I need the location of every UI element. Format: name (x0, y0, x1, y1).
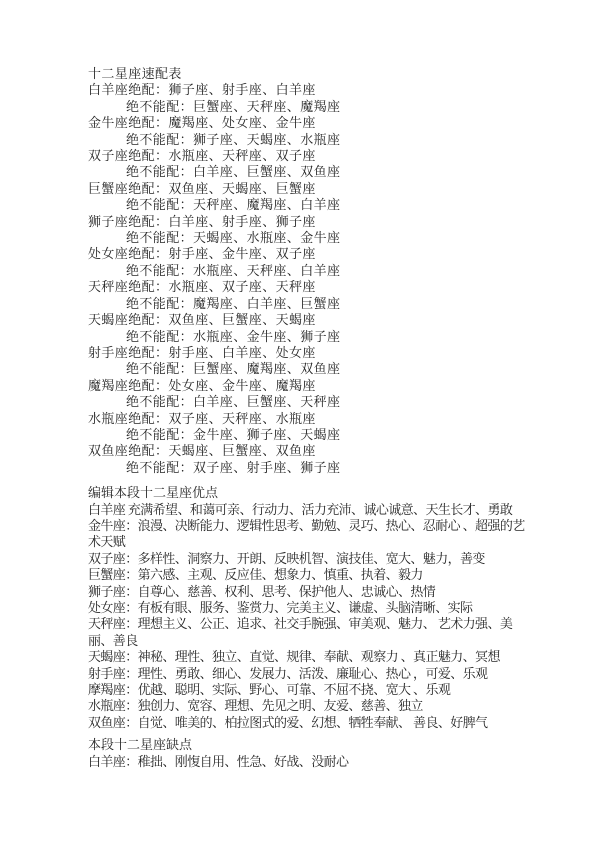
compat-best-line: 处女座绝配：射手座、金牛座、双子座 (88, 246, 545, 262)
compat-worst-line: 绝不能配：白羊座、巨蟹座、双鱼座 (88, 164, 545, 180)
advantage-line: 白羊座 充满希望、和蔼可亲、行动力、活力充沛、诚心诚意、天生长才、勇敢 (88, 502, 525, 518)
compatibility-section: 十二星座速配表 白羊座绝配：狮子座、射手座、白羊座 绝不能配：巨蟹座、天秤座、魔… (88, 66, 545, 476)
advantage-line: 巨蟹座：第六感、主观、反应佳、想象力、慎重、执着、毅力 (88, 567, 525, 583)
compat-row: 天蝎座绝配：双鱼座、巨蟹座、天蝎座 绝不能配：水瓶座、金牛座、狮子座 (88, 312, 545, 345)
compat-worst-line: 绝不能配：天秤座、魔羯座、白羊座 (88, 197, 545, 213)
compat-row: 双鱼座绝配：天蝎座、巨蟹座、双鱼座 绝不能配：双子座、射手座、狮子座 (88, 443, 545, 476)
compat-row: 双子座绝配：水瓶座、天秤座、双子座 绝不能配：白羊座、巨蟹座、双鱼座 (88, 148, 545, 181)
compat-row: 金牛座绝配：魔羯座、处女座、金牛座 绝不能配：狮子座、天蝎座、水瓶座 (88, 115, 545, 148)
advantage-line: 处女座：有板有眼、服务、鉴赏力、完美主义、谦虚、头脑清晰、实际 (88, 600, 525, 616)
document-page: 十二星座速配表 白羊座绝配：狮子座、射手座、白羊座 绝不能配：巨蟹座、天秤座、魔… (0, 0, 600, 849)
section-title-disadvantages: 本段十二星座缺点 (88, 737, 545, 753)
advantage-line: 狮子座：自尊心、慈善、权利、思考、保护他人、忠诚心、热情 (88, 584, 525, 600)
advantage-line: 双子座：多样性、洞察力、开朗、反映机智、演技佳、宽大、魅力，善变 (88, 551, 525, 567)
advantage-line: 射手座：理性、勇敢、细心、发展力、活泼、廉耻心、热心 ，可爱、乐观 (88, 666, 525, 682)
compat-worst-line: 绝不能配：水瓶座、金牛座、狮子座 (88, 329, 545, 345)
compat-row: 水瓶座绝配：双子座、天秤座、水瓶座 绝不能配：金牛座、狮子座、天蝎座 (88, 411, 545, 444)
disadvantage-line: 白羊座：稚拙、刚愎自用、性急、好战、没耐心 (88, 754, 525, 770)
compat-best-line: 双子座绝配：水瓶座、天秤座、双子座 (88, 148, 545, 164)
compat-best-line: 巨蟹座绝配：双鱼座、天蝎座、巨蟹座 (88, 181, 545, 197)
section-title-compatibility: 十二星座速配表 (88, 66, 545, 82)
compat-best-line: 水瓶座绝配：双子座、天秤座、水瓶座 (88, 411, 545, 427)
compat-best-line: 狮子座绝配：白羊座、射手座、狮子座 (88, 214, 545, 230)
compat-row: 巨蟹座绝配：双鱼座、天蝎座、巨蟹座 绝不能配：天秤座、魔羯座、白羊座 (88, 181, 545, 214)
compat-worst-line: 绝不能配：双子座、射手座、狮子座 (88, 460, 545, 476)
compat-worst-line: 绝不能配：狮子座、天蝎座、水瓶座 (88, 132, 545, 148)
compat-best-line: 金牛座绝配：魔羯座、处女座、金牛座 (88, 115, 545, 131)
advantage-line: 天秤座：理想主义、公正、追求、社交手腕强、审美观、魅力、 艺术力强、美丽、善良 (88, 616, 525, 649)
advantages-section: 编辑本段十二星座优点 白羊座 充满希望、和蔼可亲、行动力、活力充沛、诚心诚意、天… (88, 485, 545, 731)
compat-worst-line: 绝不能配：魔羯座、白羊座、巨蟹座 (88, 296, 545, 312)
compat-row: 魔羯座绝配：处女座、金牛座、魔羯座 绝不能配：白羊座、巨蟹座、天秤座 (88, 378, 545, 411)
compat-best-line: 天蝎座绝配：双鱼座、巨蟹座、天蝎座 (88, 312, 545, 328)
compat-row: 射手座绝配：射手座、白羊座、处女座 绝不能配：巨蟹座、魔羯座、双鱼座 (88, 345, 545, 378)
advantage-line: 天蝎座：神秘、理性、独立、直觉、规律、奉献、观察力 、真正魅力、冥想 (88, 649, 525, 665)
compat-worst-line: 绝不能配：天蝎座、水瓶座、金牛座 (88, 230, 545, 246)
compat-row: 处女座绝配：射手座、金牛座、双子座 绝不能配：水瓶座、天秤座、白羊座 (88, 246, 545, 279)
compat-row: 天秤座绝配：水瓶座、双子座、天秤座 绝不能配：魔羯座、白羊座、巨蟹座 (88, 279, 545, 312)
compat-best-line: 射手座绝配：射手座、白羊座、处女座 (88, 345, 545, 361)
compat-worst-line: 绝不能配：金牛座、狮子座、天蝎座 (88, 427, 545, 443)
compat-best-line: 魔羯座绝配：处女座、金牛座、魔羯座 (88, 378, 545, 394)
compat-best-line: 天秤座绝配：水瓶座、双子座、天秤座 (88, 279, 545, 295)
compat-worst-line: 绝不能配：巨蟹座、天秤座、魔羯座 (88, 99, 545, 115)
advantage-line: 摩羯座：优越、聪明、实际、野心、可靠、不屈不挠、宽大 、乐观 (88, 682, 525, 698)
disadvantages-section: 本段十二星座缺点 白羊座：稚拙、刚愎自用、性急、好战、没耐心 (88, 737, 545, 770)
compat-worst-line: 绝不能配：巨蟹座、魔羯座、双鱼座 (88, 361, 545, 377)
advantage-line: 水瓶座：独创力、宽容、理想、先见之明、友爱、慈善、独立 (88, 698, 525, 714)
compat-best-line: 白羊座绝配：狮子座、射手座、白羊座 (88, 82, 545, 98)
compat-worst-line: 绝不能配：白羊座、巨蟹座、天秤座 (88, 394, 545, 410)
advantage-line: 双鱼座：自觉、唯美的、柏拉图式的爱、幻想、牺牲奉献、 善良、好脾气 (88, 715, 525, 731)
compat-row: 狮子座绝配：白羊座、射手座、狮子座 绝不能配：天蝎座、水瓶座、金牛座 (88, 214, 545, 247)
compat-best-line: 双鱼座绝配：天蝎座、巨蟹座、双鱼座 (88, 443, 545, 459)
section-title-advantages: 编辑本段十二星座优点 (88, 485, 545, 501)
compat-row: 白羊座绝配：狮子座、射手座、白羊座 绝不能配：巨蟹座、天秤座、魔羯座 (88, 82, 545, 115)
compat-worst-line: 绝不能配：水瓶座、天秤座、白羊座 (88, 263, 545, 279)
advantage-line: 金牛座：浪漫、决断能力、逻辑性思考、勤勉、灵巧、热心、忍耐心 、超强的艺术天赋 (88, 518, 525, 551)
